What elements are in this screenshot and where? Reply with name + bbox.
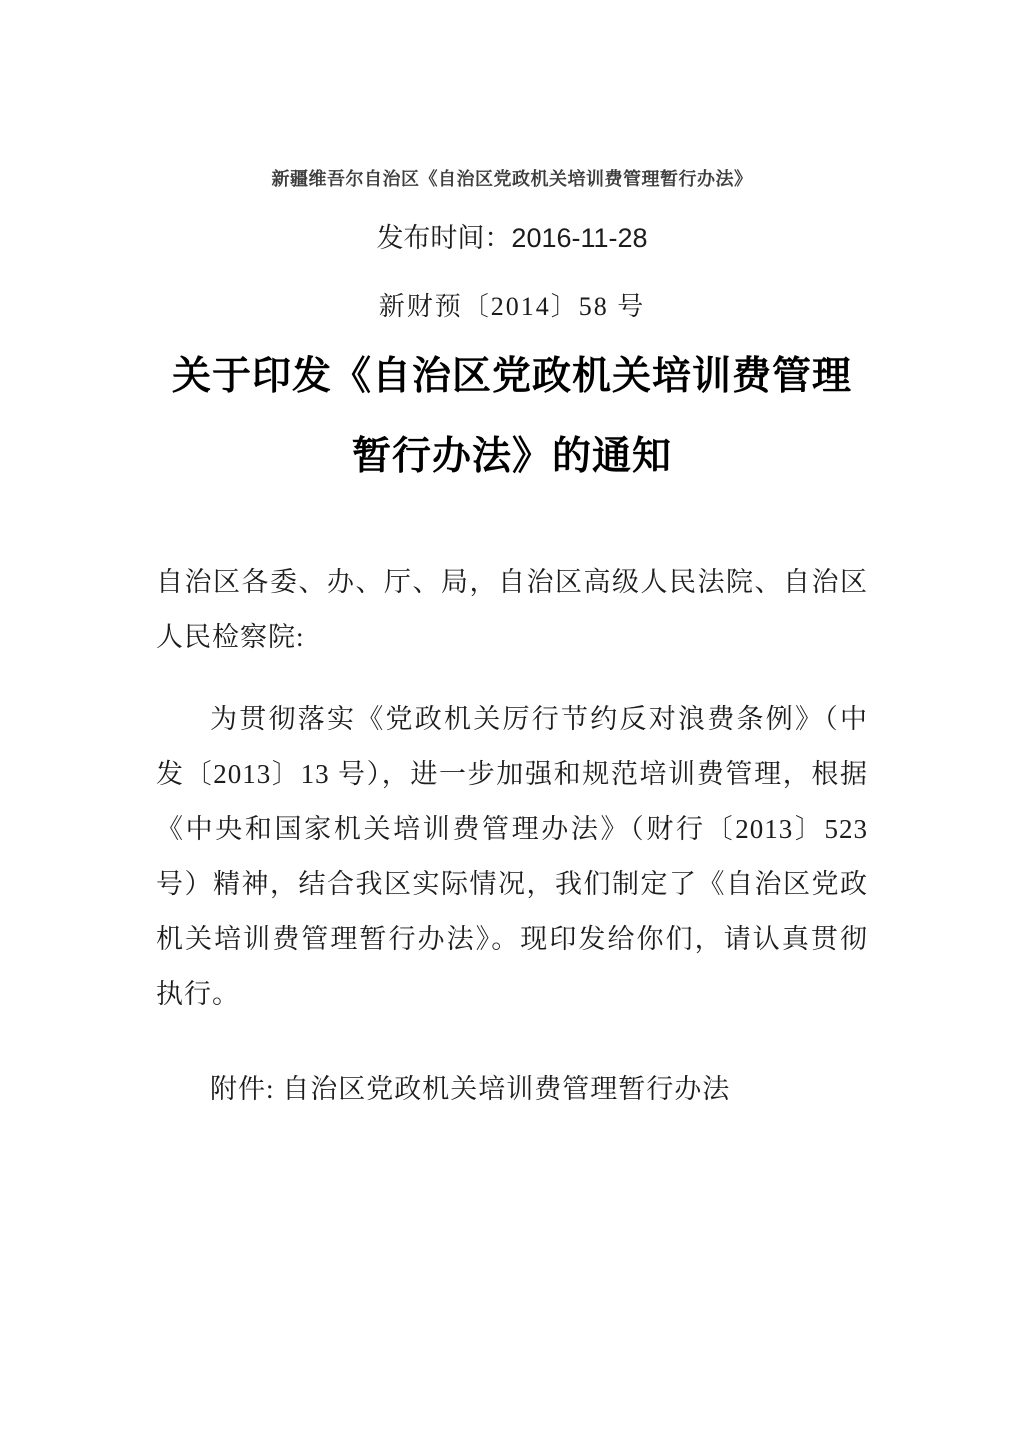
attachment-note: 附件: 自治区党政机关培训费管理暂行办法 <box>156 1062 868 1117</box>
document-header-title: 新疆维吾尔自治区《自治区党政机关培训费管理暂行办法》 <box>156 0 868 192</box>
main-title-line-1: 关于印发《自治区党政机关培训费管理 <box>156 337 868 417</box>
salutation: 自治区各委、办、厅、局，自治区高级人民法院、自治区人民检察院: <box>156 555 868 665</box>
document-number: 新财预〔2014〕58 号 <box>156 289 868 325</box>
main-title-line-2: 暂行办法》的通知 <box>156 417 868 497</box>
body-paragraph: 为贯彻落实《党政机关厉行节约反对浪费条例》（中发〔2013〕13 号），进一步加… <box>156 692 868 1022</box>
publish-date: 发布时间：2016-11-28 <box>156 220 868 256</box>
main-title: 关于印发《自治区党政机关培训费管理 暂行办法》的通知 <box>156 337 868 497</box>
document-page: 新疆维吾尔自治区《自治区党政机关培训费管理暂行办法》 发布时间：2016-11-… <box>0 0 1024 1448</box>
